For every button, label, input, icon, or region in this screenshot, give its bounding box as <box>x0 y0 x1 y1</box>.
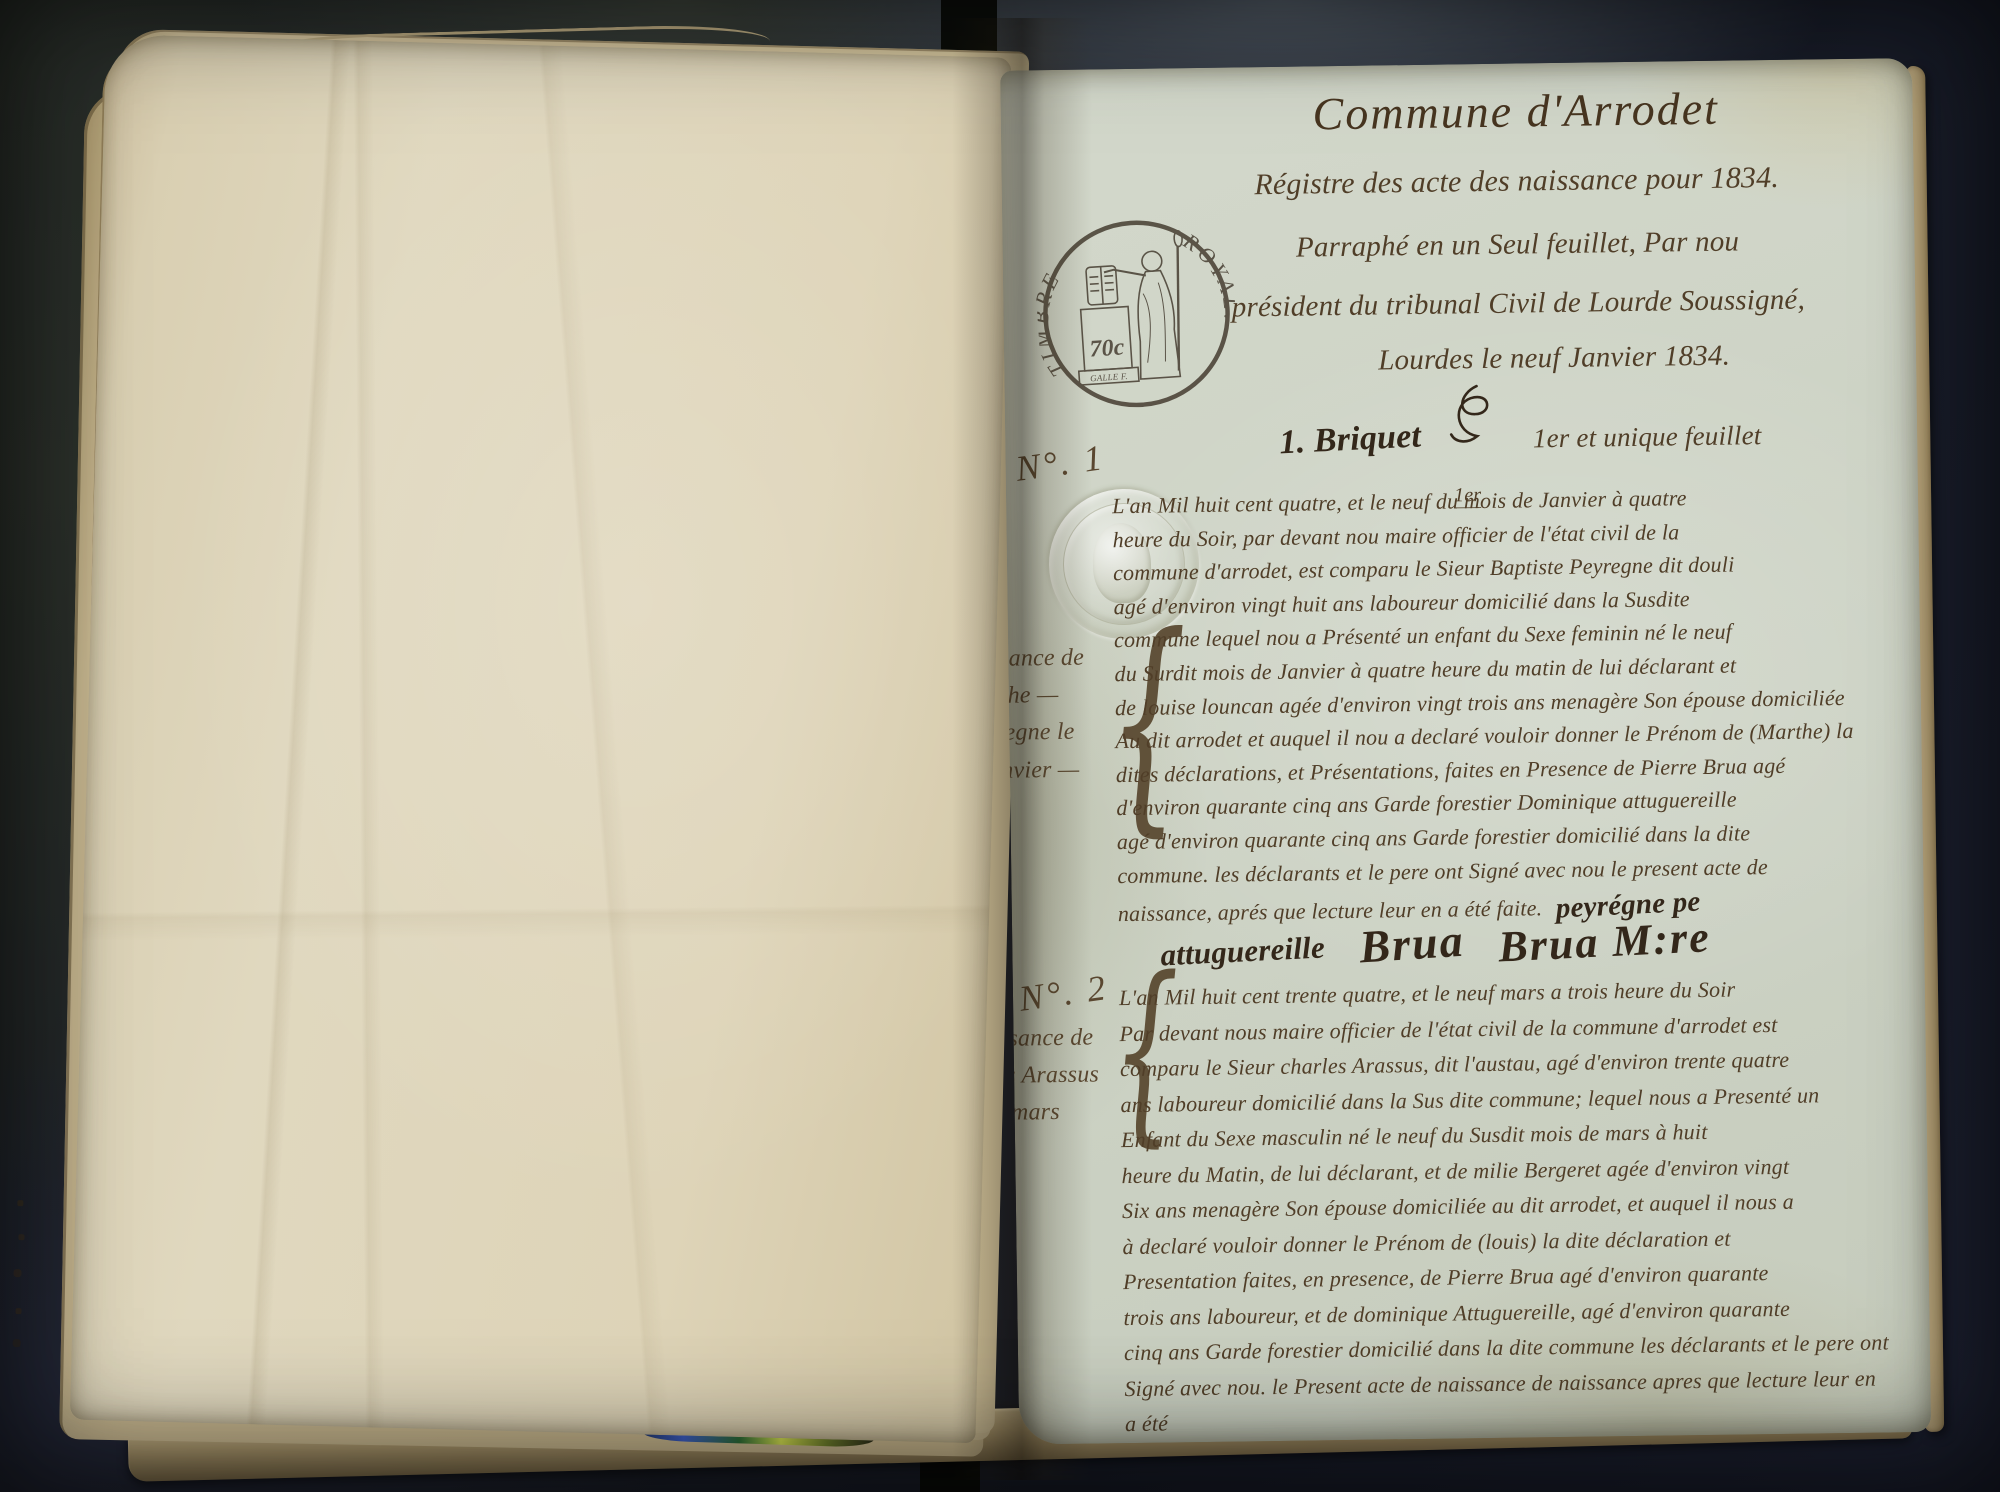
signature-brua-maire: Brua M:re <box>1497 911 1712 972</box>
paper-creases <box>70 34 1012 1443</box>
signature-paraph-flourish <box>1446 384 1507 449</box>
signature-attuguereille: attuguereille <box>1160 929 1326 973</box>
stamp-denomination: 70c <box>1089 334 1126 362</box>
president-signature-row: 1. Briquet 1er et unique feuillet <box>1135 385 1906 463</box>
header-line-3: Parraphé en un Seul feuillet, Par nou <box>1132 224 1902 268</box>
act-1-signatures: attuguereille Brua Brua M:re <box>1160 912 1781 974</box>
president-signature: 1. Briquet <box>1278 417 1422 463</box>
act-2-text: L'an Mil huit cent trente quatre, et le … <box>1119 974 1929 1445</box>
left-blank-page <box>70 34 1012 1443</box>
header-date-line: Lourdes le neuf Janvier 1834. <box>1134 337 1904 381</box>
ink-marks-on-edge <box>17 1200 23 1206</box>
header-line-4: président du tribunal Civil de Lourde So… <box>1133 282 1903 326</box>
act-1-number: N°. 1 <box>1013 436 1107 490</box>
svg-text:TIMBRE: TIMBRE <box>1031 265 1072 382</box>
folio-note: 1er et unique feuillet <box>1533 421 1762 455</box>
stamp-arc-left-text: TIMBRE <box>1031 265 1072 382</box>
signature-brua: Brua <box>1357 914 1465 974</box>
right-page-wrap: TIMBRE ROYAL. 70c GALLE F. <box>1000 58 1931 1445</box>
photo-of-register-book: TIMBRE ROYAL. 70c GALLE F. <box>0 0 2000 1492</box>
register-title: Régistre des acte des naissance pour 183… <box>1131 159 1901 204</box>
page-header: Commune d'Arrodet Régistre des acte des … <box>1130 80 1905 462</box>
act-1-text: L'an Mil huit cent quatre, et le neuf du… <box>1112 482 1922 930</box>
right-manuscript-page: TIMBRE ROYAL. 70c GALLE F. <box>1000 58 1931 1445</box>
commune-title: Commune d'Arrodet <box>1130 80 1901 144</box>
act-2-number: N°. 2 <box>1017 966 1111 1020</box>
